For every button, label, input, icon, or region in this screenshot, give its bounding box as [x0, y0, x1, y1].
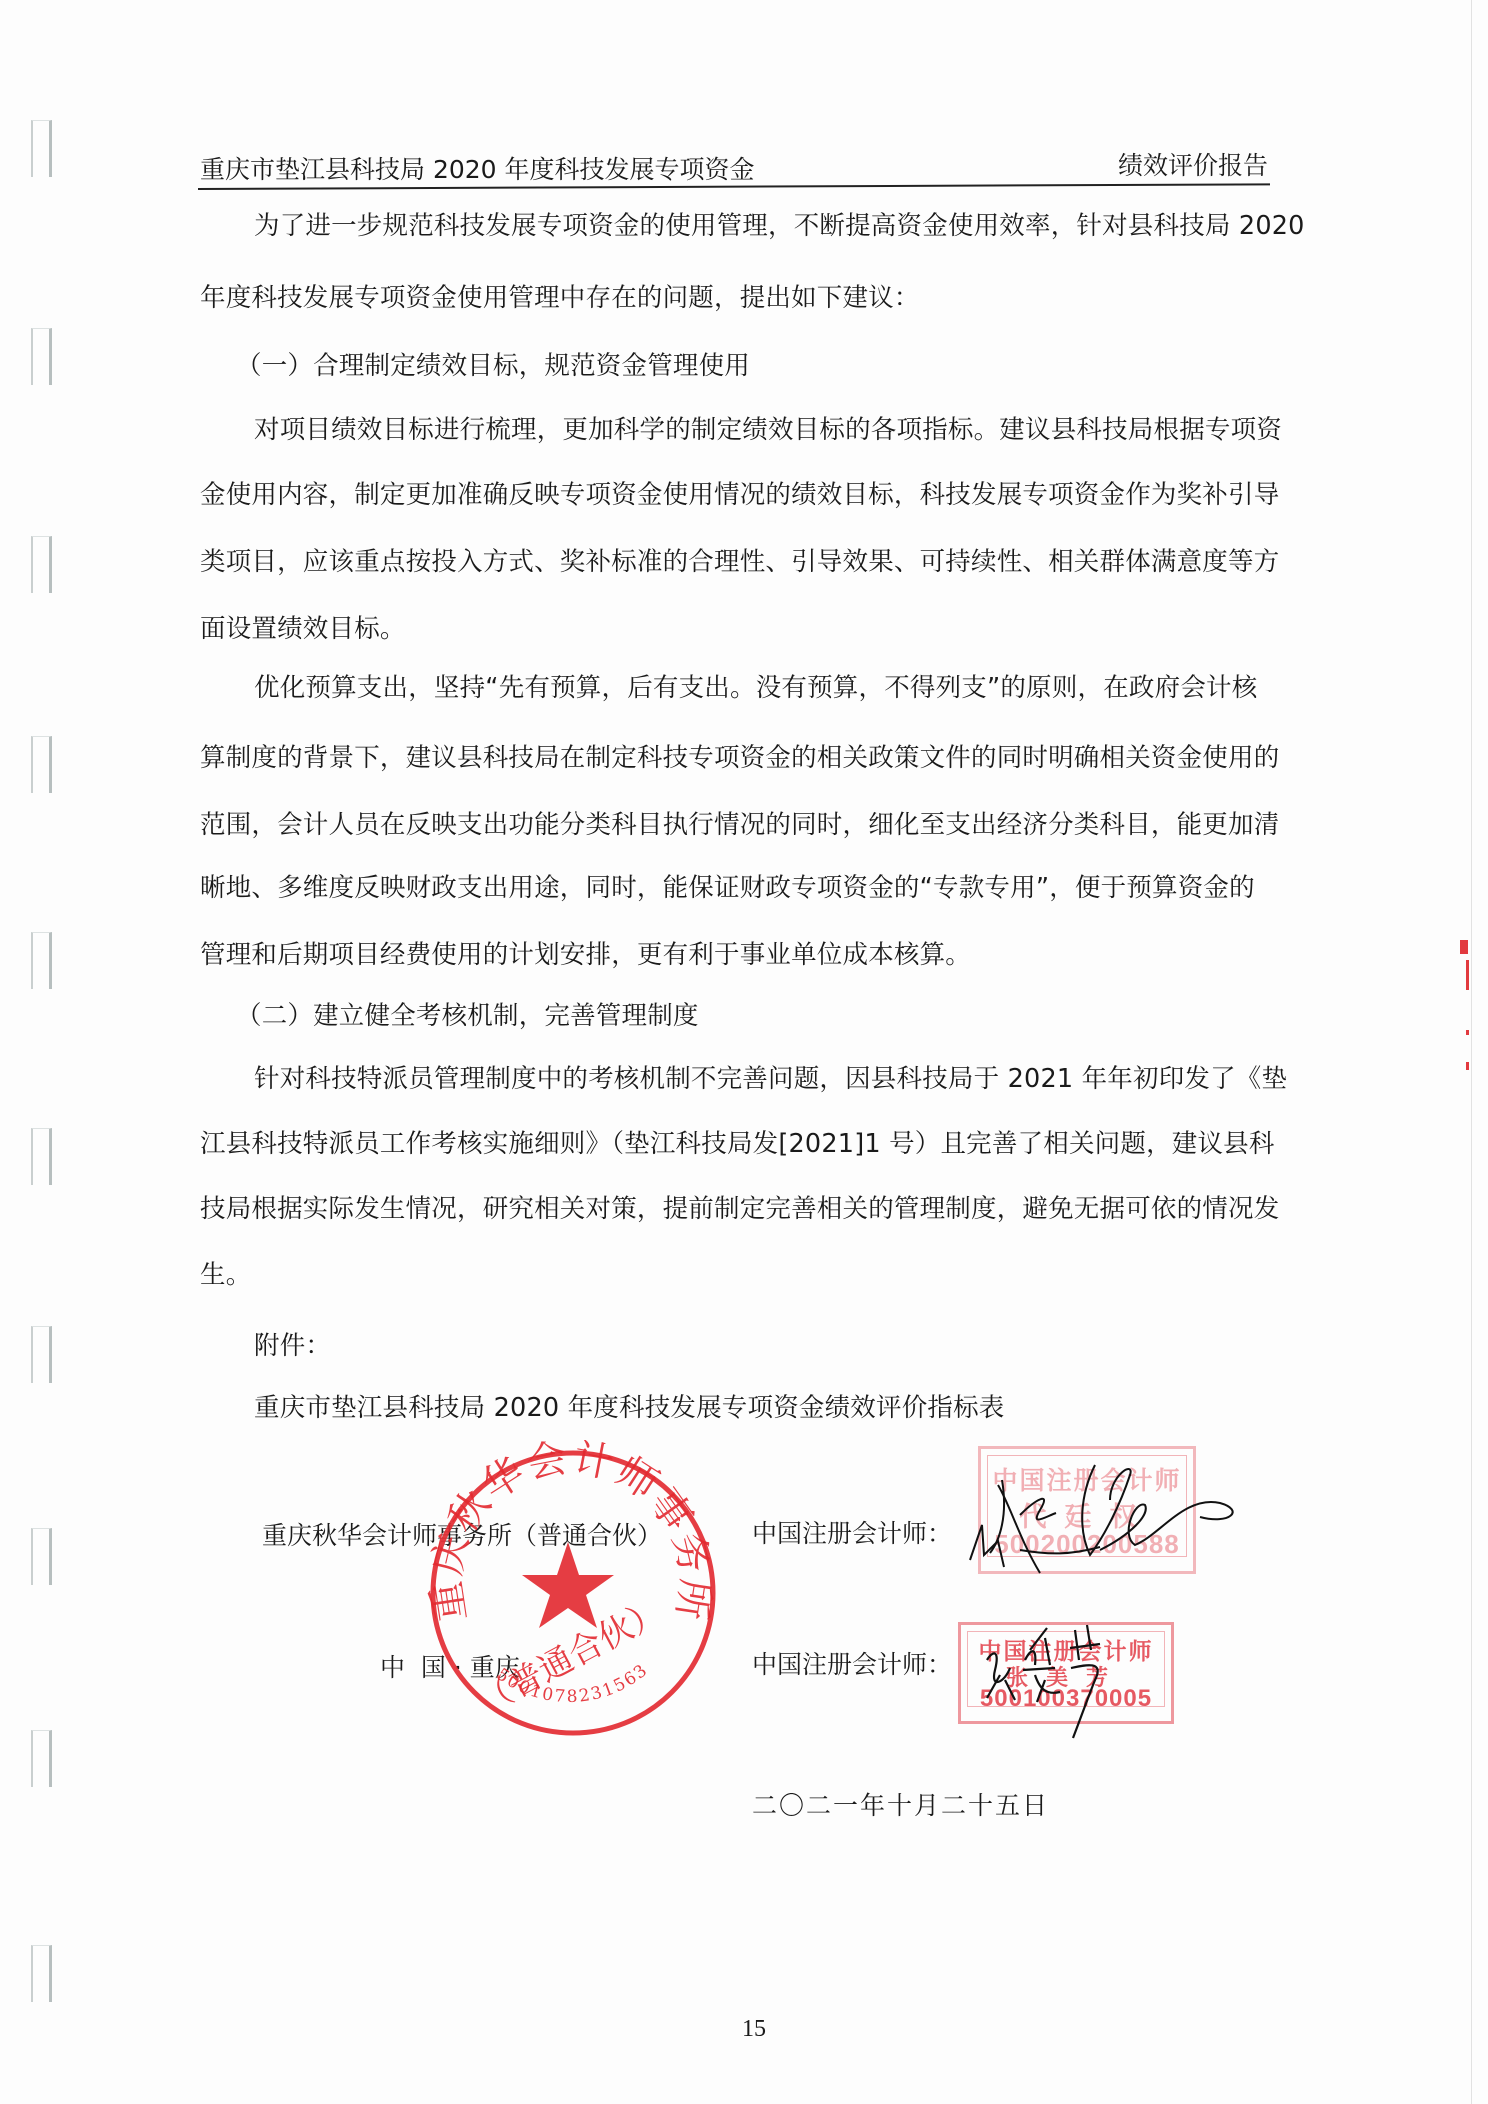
binding-hole-mark — [31, 736, 52, 793]
binding-hole-mark — [31, 536, 52, 593]
star-icon — [522, 1542, 614, 1628]
paragraph-line: 面设置绩效目标。 — [200, 613, 1270, 645]
binding-hole-mark — [31, 932, 52, 989]
binding-hole-mark — [31, 1528, 52, 1585]
binding-hole-mark — [31, 120, 52, 177]
cpa-label-2: 中国注册会计师： — [752, 1645, 952, 1681]
page-number: 15 — [742, 2016, 766, 2043]
signature-1 — [960, 1455, 1260, 1585]
binding-hole-mark — [31, 1730, 52, 1787]
cpa-label-1: 中国注册会计师： — [752, 1514, 952, 1550]
document-page: 重庆市垫江县科技局 2020 年度科技发展专项资金 绩效评价报告 为了进一步规范… — [0, 0, 1488, 2104]
header-title: 重庆市垫江县科技局 2020 年度科技发展专项资金 — [200, 150, 755, 186]
paragraph-line: 范围，会计人员在反映支出功能分类科目执行情况的同时，细化至支出经济分类科目，能更… — [200, 809, 1270, 841]
paragraph-line: 金使用内容，制定更加准确反映专项资金使用情况的绩效目标，科技发展专项资金作为奖补… — [200, 479, 1270, 511]
binding-hole-mark — [31, 1326, 52, 1383]
binding-hole-mark — [31, 1945, 52, 2002]
edge-seal-fragment — [1460, 940, 1468, 954]
section-heading-1: （一）合理制定绩效目标，规范资金管理使用 — [200, 350, 1306, 382]
paragraph-line: 年度科技发展专项资金使用管理中存在的问题，提出如下建议： — [200, 282, 1270, 314]
attachment-label: 附件： — [200, 1330, 1324, 1362]
edge-seal-fragment — [1466, 1030, 1469, 1035]
binding-hole-mark — [31, 328, 52, 385]
edge-seal-fragment — [1466, 1062, 1469, 1070]
section-heading-2: （二）建立健全考核机制，完善管理制度 — [200, 1000, 1306, 1032]
paragraph-line: 类项目，应该重点按投入方式、奖补标准的合理性、引导效果、可持续性、相关群体满意度… — [200, 546, 1270, 578]
binding-hole-mark — [31, 1128, 52, 1185]
report-date: 二〇二一年十月二十五日 — [752, 1786, 1049, 1822]
paragraph-line: 算制度的背景下，建议县科技局在制定科技专项资金的相关政策文件的同时明确相关资金使… — [200, 742, 1270, 774]
firm-seal: 重庆秋华会计师事务所 （普通合伙） 5001078231563 — [420, 1440, 720, 1740]
paragraph-line: 管理和后期项目经费使用的计划安排，更有利于事业单位成本核算。 — [200, 939, 1270, 971]
paragraph-line: 晰地、多维度反映财政支出用途，同时，能保证财政专项资金的“专款专用”，便于预算资… — [200, 872, 1270, 904]
edge-seal-fragment — [1466, 960, 1469, 990]
paragraph-line: 为了进一步规范科技发展专项资金的使用管理，不断提高资金使用效率，针对县科技局 2… — [200, 210, 1324, 242]
paragraph-line: 生。 — [200, 1259, 1270, 1291]
paragraph-line: 优化预算支出，坚持“先有预算，后有支出。没有预算，不得列支”的原则，在政府会计核 — [200, 672, 1324, 704]
signature-2 — [975, 1620, 1145, 1740]
running-header: 重庆市垫江县科技局 2020 年度科技发展专项资金 绩效评价报告 — [200, 146, 1270, 186]
paragraph-line: 针对科技特派员管理制度中的考核机制不完善问题，因县科技局于 2021 年年初印发… — [200, 1063, 1324, 1095]
paragraph-line: 技局根据实际发生情况，研究相关对策，提前制定完善相关的管理制度，避免无据可依的情… — [200, 1193, 1270, 1225]
header-report-type: 绩效评价报告 — [1118, 146, 1268, 182]
page-edge-line — [1471, 0, 1472, 2104]
paragraph-line: 对项目绩效目标进行梳理，更加科学的制定绩效目标的各项指标。建议县科技局根据专项资 — [200, 414, 1324, 446]
attachment-title: 重庆市垫江县科技局 2020 年度科技发展专项资金绩效评价指标表 — [200, 1392, 1324, 1424]
paragraph-line: 江县科技特派员工作考核实施细则》（垫江科技局发[2021]1 号）且完善了相关问… — [200, 1128, 1270, 1160]
